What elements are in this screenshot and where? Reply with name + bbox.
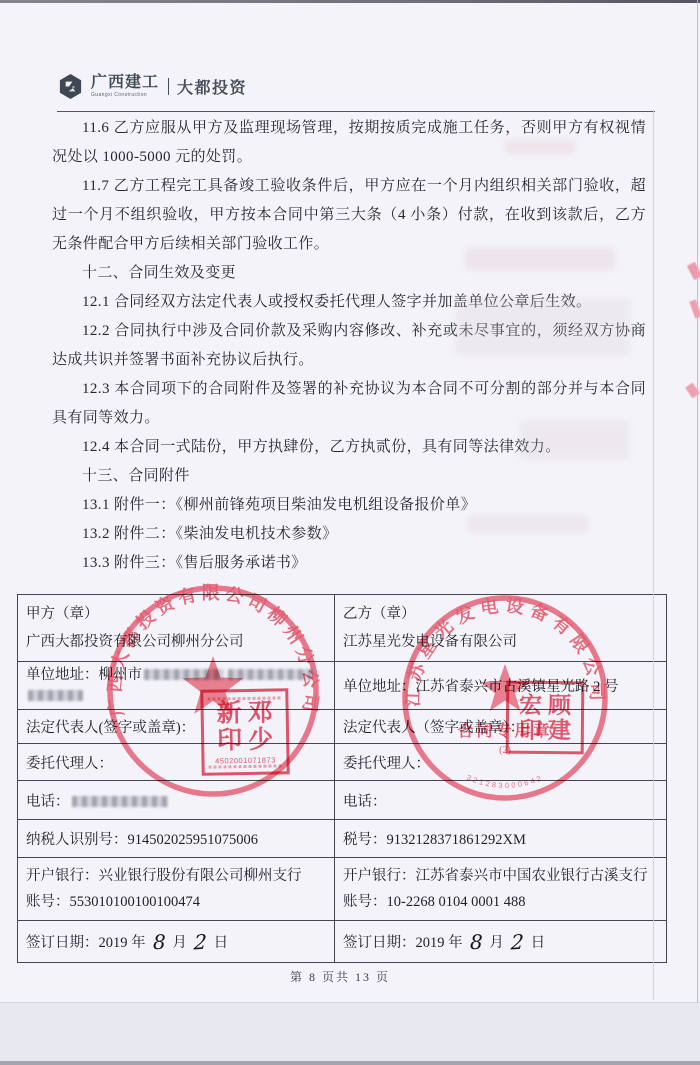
party-a-agent-cell: 委托代理人： <box>18 744 335 781</box>
party-b-tax-id: 9132128371861292XM <box>387 832 526 848</box>
party-a-tax-id: 914502025951075006 <box>128 832 259 848</box>
party-a-address-cell: 单位地址：柳州市 <box>18 662 335 710</box>
underlying-page-edge <box>0 1003 700 1065</box>
party-a-phone-cell: 电话： <box>18 781 335 820</box>
party-a-company-name: 广西大都投资有限公司柳州分公司 <box>26 628 328 656</box>
party-a-sign-year: 2019 年 <box>99 935 146 951</box>
party-b-account-label: 账号： <box>343 894 387 910</box>
party-a-phone-label: 电话： <box>26 794 70 810</box>
table-row-phone: 电话： 电话： <box>18 781 667 820</box>
brand-name-en: Guangxi Construction <box>91 93 159 98</box>
guangxi-construction-logo-icon <box>57 73 84 100</box>
scan-bottom-edge <box>0 1061 700 1065</box>
party-b-address-cell: 单位地址：江苏省泰兴市古溪镇星光路 2 号 <box>335 662 667 710</box>
table-row-legal-rep: 法定代表人(签字或盖章)： 法定代表人（签字或盖章）： <box>18 710 667 744</box>
redacted-phone-number <box>72 796 168 807</box>
party-a-tax-cell: 纳税人识别号：914502025951075006 <box>18 820 335 858</box>
contract-clauses: 11.6 乙方应服从甲方及监理现场管理，按期按质完成施工任务，否则甲方有权视情况… <box>52 114 646 578</box>
party-a-tax-label: 纳税人识别号： <box>26 832 128 848</box>
party-a-bank-cell: 开户银行：兴业银行股份有限公司柳州支行 账号：55301010010010047… <box>18 858 335 921</box>
party-b-account-number: 10-2268 0104 0001 488 <box>387 894 526 910</box>
party-b-tax-label: 税号： <box>343 832 387 848</box>
clause-13-2: 13.2 附件二：《柴油发电机技术参数》 <box>52 520 646 549</box>
party-b-bank-cell: 开户银行：江苏省泰兴市中国农业银行古溪支行 账号：10-2268 0104 00… <box>335 858 667 921</box>
party-a-handwritten-day: 2 <box>194 937 207 948</box>
party-b-handwritten-day: 2 <box>511 937 524 948</box>
scan-top-edge <box>0 0 700 3</box>
party-b-day-label: 日 <box>531 935 546 951</box>
table-row-address: 单位地址：柳州市 单位地址：江苏省泰兴市古溪镇星光路 2 号 <box>18 662 667 710</box>
brand-divider <box>168 78 169 95</box>
party-b-legal-rep-label: 法定代表人（签字或盖章）： <box>343 720 524 736</box>
party-a-sign-date-cell: 签订日期：2019 年8月2日 <box>18 921 335 963</box>
party-b-bank-label: 开户银行： <box>343 868 416 884</box>
party-a-month-label: 月 <box>172 935 187 951</box>
party-a-address-prefix: 柳州市 <box>99 667 143 683</box>
scanned-contract-page: 广西建工 Guangxi Construction 大都投资 11.6 乙方应服… <box>0 0 700 1065</box>
party-b-handwritten-month: 8 <box>470 937 483 947</box>
paper-fold-line <box>653 110 654 1000</box>
party-a-bank-label: 开户银行： <box>26 868 99 884</box>
party-b-sign-date-label: 签订日期： <box>343 935 416 951</box>
party-a-header-cell: 甲方（章） 广西大都投资有限公司柳州分公司 <box>18 595 335 662</box>
party-b-agent-label: 委托代理人： <box>343 756 430 772</box>
company-logo-header: 广西建工 Guangxi Construction 大都投资 <box>57 71 247 101</box>
party-a-handwritten-month: 8 <box>153 937 166 947</box>
table-row-tax-id: 纳税人识别号：914502025951075006 税号：91321283718… <box>18 820 667 858</box>
table-row-party: 甲方（章） 广西大都投资有限公司柳州分公司 乙方（章） 江苏星光发电设备有限公司 <box>18 595 667 662</box>
party-b-company-name: 江苏星光发电设备有限公司 <box>343 628 660 656</box>
clause-11-6: 11.6 乙方应服从甲方及监理现场管理，按期按质完成施工任务，否则甲方有权视情况… <box>52 114 646 172</box>
party-b-bank-name: 江苏省泰兴市中国农业银行古溪支行 <box>416 868 648 884</box>
header-rule <box>57 111 655 112</box>
stamp-bleed-mark <box>689 299 700 318</box>
paper-right-edge <box>697 0 698 1065</box>
table-row-sign-date: 签订日期：2019 年8月2日 签订日期：2019 年8月2日 <box>18 921 667 963</box>
redacted-address-segment <box>28 690 83 701</box>
redacted-address-segment <box>228 669 312 680</box>
party-a-address-label: 单位地址： <box>26 667 99 683</box>
page-number-footer: 第 8 页共 13 页 <box>0 968 680 985</box>
party-b-legal-rep-cell: 法定代表人（签字或盖章）： <box>335 710 667 744</box>
party-b-phone-cell: 电话： <box>335 781 667 820</box>
section-13-heading: 十三、合同附件 <box>52 462 646 491</box>
clause-12-3: 12.3 本合同项下的合同附件及签署的补充协议为本合同不可分割的部分并与本合同具… <box>52 375 646 433</box>
party-a-legal-rep-cell: 法定代表人(签字或盖章)： <box>18 710 335 744</box>
brand-name-cn: 广西建工 <box>91 75 159 91</box>
party-b-sign-year: 2019 年 <box>416 935 463 951</box>
brand-name-right: 大都投资 <box>177 75 247 98</box>
clause-11-7: 11.7 乙方工程完工具备竣工验收条件后，甲方应在一个月内组织相关部门验收，超过… <box>52 172 646 259</box>
party-b-agent-cell: 委托代理人： <box>335 744 667 781</box>
table-row-agent: 委托代理人： 委托代理人： <box>18 744 667 781</box>
table-row-bank: 开户银行：兴业银行股份有限公司柳州支行 账号：55301010010010047… <box>18 858 667 921</box>
parties-signature-table: 甲方（章） 广西大都投资有限公司柳州分公司 乙方（章） 江苏星光发电设备有限公司… <box>17 594 667 963</box>
clause-12-1: 12.1 合同经双方法定代表人或授权委托代理人签字并加盖单位公章后生效。 <box>52 288 646 317</box>
clause-13-3: 13.3 附件三：《售后服务承诺书》 <box>52 549 646 578</box>
clause-13-1: 13.1 附件一：《柳州前锋苑项目柴油发电机组设备报价单》 <box>52 491 646 520</box>
party-b-address-label: 单位地址： <box>343 679 416 695</box>
party-a-sign-date-label: 签订日期： <box>26 935 99 951</box>
party-a-agent-label: 委托代理人： <box>26 756 113 772</box>
party-a-day-label: 日 <box>214 935 229 951</box>
redacted-address-segment <box>144 669 224 680</box>
party-b-phone-label: 电话： <box>343 794 387 810</box>
party-b-address-value: 江苏省泰兴市古溪镇星光路 2 号 <box>416 679 619 695</box>
party-a-role-label: 甲方（章） <box>26 600 328 628</box>
party-b-month-label: 月 <box>489 935 504 951</box>
section-12-heading: 十二、合同生效及变更 <box>52 259 646 288</box>
party-b-tax-cell: 税号：9132128371861292XM <box>335 820 667 858</box>
stamp-bleed-mark <box>687 262 700 280</box>
clause-12-2: 12.2 合同执行中涉及合同价款及采购内容修改、补充或未尽事宜的，须经双方协商达… <box>52 317 646 375</box>
party-b-sign-date-cell: 签订日期：2019 年8月2日 <box>335 921 667 963</box>
party-a-account-label: 账号： <box>26 894 70 910</box>
clause-12-4: 12.4 本合同一式陆份，甲方执肆份，乙方执贰份，具有同等法律效力。 <box>52 433 646 462</box>
underlying-page-edge-line <box>0 1002 700 1003</box>
party-a-legal-rep-label: 法定代表人(签字或盖章)： <box>26 720 195 736</box>
party-b-role-label: 乙方（章） <box>343 600 660 628</box>
brand-left-block: 广西建工 Guangxi Construction <box>91 75 159 98</box>
party-b-header-cell: 乙方（章） 江苏星光发电设备有限公司 <box>335 595 667 662</box>
party-a-bank-name: 兴业银行股份有限公司柳州支行 <box>99 868 302 884</box>
party-a-account-number: 553010100100100474 <box>70 894 201 910</box>
